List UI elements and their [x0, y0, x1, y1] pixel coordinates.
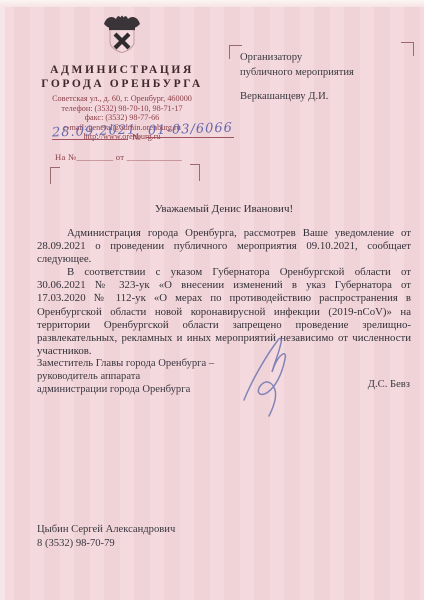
scanned-letter-page: АДМИНИСТРАЦИЯ ГОРОДА ОРЕНБУРГА Советская…	[0, 0, 424, 600]
signer-position-block: Заместитель Главы города Оренбурга – рук…	[37, 357, 267, 397]
body-paragraph-2: В соответствии с указом Губернатора Орен…	[37, 266, 411, 358]
signer-position-line2: руководитель аппарата	[37, 370, 267, 383]
reference-row: 28.09.2021 № 01-03/6066	[50, 124, 220, 144]
recipient-block: Организатору публичного мероприятия Верк…	[240, 50, 410, 104]
executor-contact-block: Цыбин Сергей Александрович 8 (3532) 98-7…	[37, 523, 175, 550]
scan-edge-artifact	[0, 0, 424, 7]
outgoing-number-field: 01-03/6066	[146, 122, 234, 138]
letterhead-address: Советская ул., д. 60, г. Оренбург, 46000…	[10, 94, 234, 104]
handwritten-signature-icon	[236, 334, 310, 420]
signer-position-line1: Заместитель Главы города Оренбурга –	[37, 357, 267, 370]
salutation: Уважаемый Денис Иванович!	[37, 203, 411, 215]
outgoing-date-field: 28.09.2021	[52, 124, 128, 140]
handwritten-date: 28.09.2021	[52, 123, 137, 141]
executor-name: Цыбин Сергей Александрович	[37, 523, 175, 537]
letterhead-phone: телефон: (3532) 98-70-10, 98-71-17	[10, 104, 234, 114]
stamp-corner-mark-right	[190, 164, 200, 181]
recipient-name: Веркашанцеву Д.И.	[240, 89, 410, 104]
signer-name: Д.С. Бевз	[300, 379, 410, 390]
recipient-role-line2: публичного мероприятия	[240, 65, 410, 80]
handwritten-number: 01-03/6066	[147, 121, 232, 139]
executor-phone: 8 (3532) 98-70-79	[37, 537, 175, 551]
letter-body: Администрация города Оренбурга, рассмотр…	[37, 227, 411, 358]
number-sign: №	[132, 132, 141, 142]
signer-position-line3: администрации города Оренбурга	[37, 383, 267, 396]
body-paragraph-1: Администрация города Оренбурга, рассмотр…	[37, 227, 411, 266]
org-name-line1: АДМИНИСТРАЦИЯ	[20, 63, 224, 77]
recipient-role-line1: Организатору	[240, 50, 410, 65]
org-name-line2: ГОРОДА ОРЕНБУРГА	[20, 77, 224, 91]
reply-reference-line: На №________ от ____________	[55, 152, 182, 162]
stamp-corner-mark-left	[50, 167, 60, 184]
organization-name: АДМИНИСТРАЦИЯ ГОРОДА ОРЕНБУРГА	[20, 63, 224, 91]
orenburg-coat-of-arms-icon	[103, 12, 141, 54]
